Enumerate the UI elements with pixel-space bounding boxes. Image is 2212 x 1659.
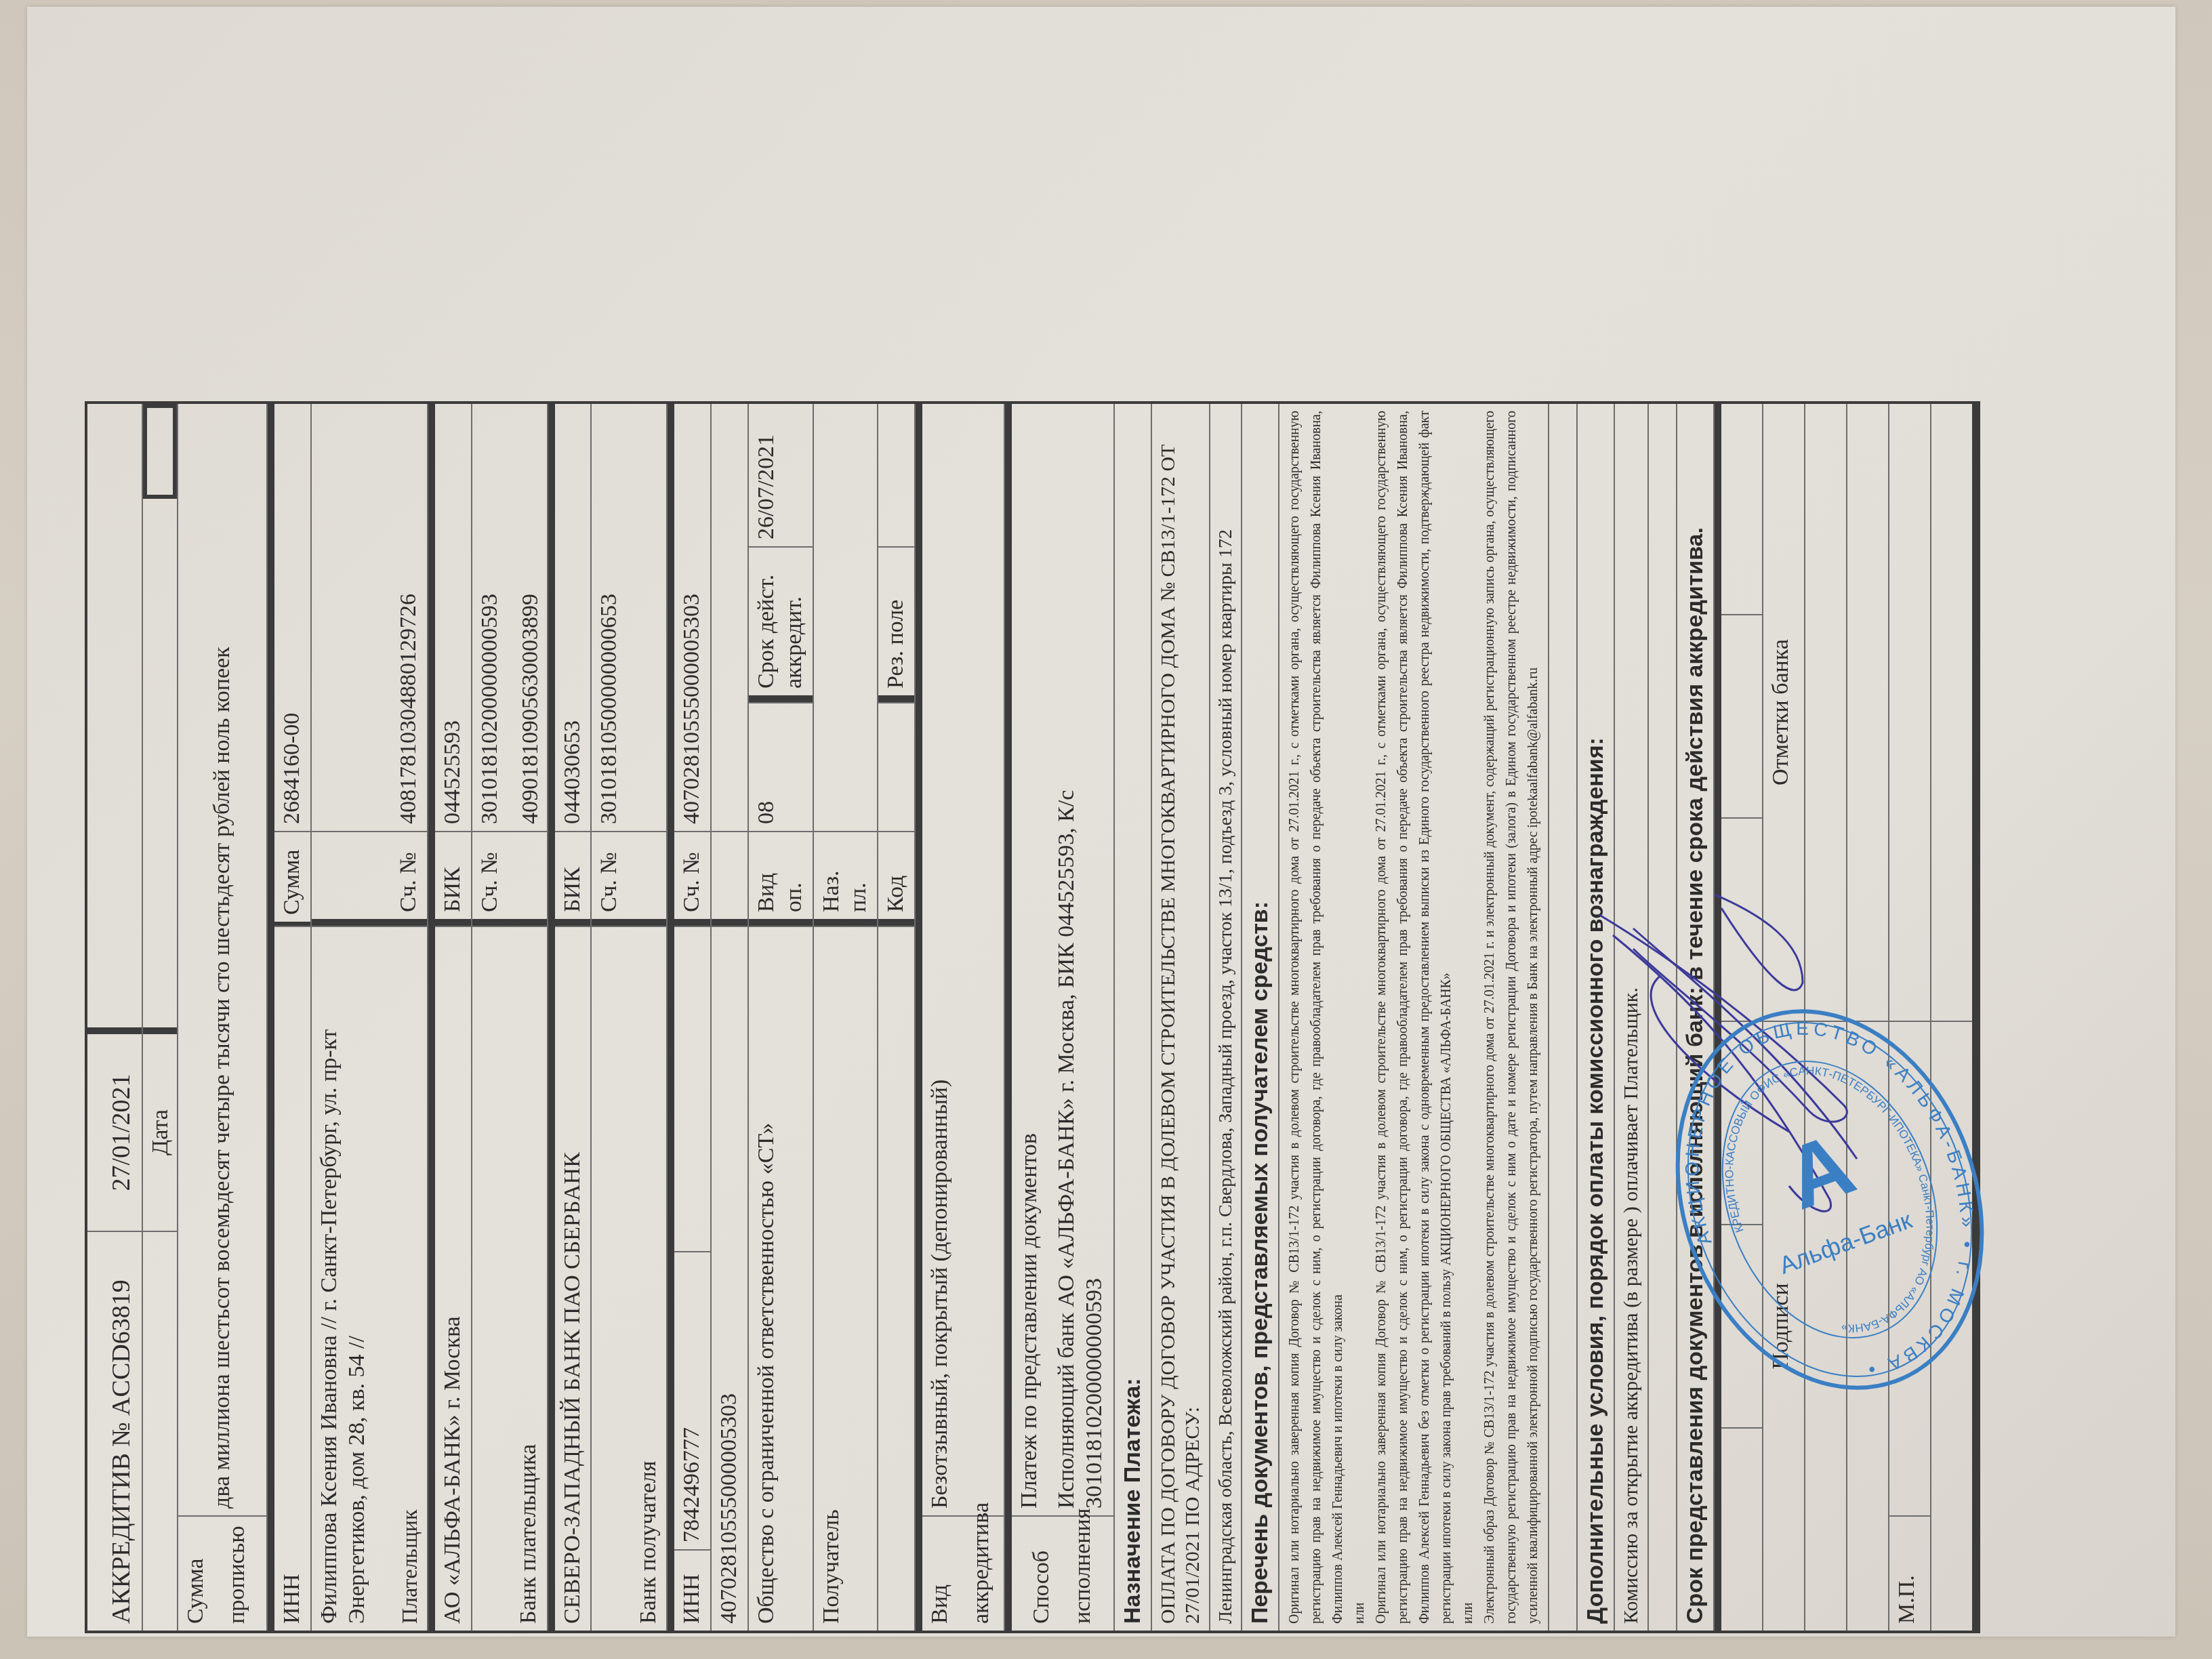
payer-account-label: Сч. № xyxy=(312,831,427,926)
op-type-label: Вид оп. xyxy=(749,831,813,926)
payee-account-label: Сч. № xyxy=(674,831,710,926)
payee-bank-name: СЕВЕРО-ЗАПАДНЫЙ БАНК ПАО СБЕРБАНК xyxy=(555,926,591,1631)
execution-method: Платеж по представлении документов xyxy=(1016,411,1044,1509)
amount-words-label: Сумма xyxy=(182,1523,210,1624)
document-title: АККРЕДИТИВ № ACCD63819 xyxy=(87,1231,142,1631)
document-item-or: или xyxy=(1457,411,1479,1624)
code-label: Код xyxy=(878,831,914,926)
document-date: 27/01/2021 xyxy=(87,1027,142,1231)
stamp-logo-icon: А xyxy=(1773,1113,1866,1228)
date-label: Дата xyxy=(143,1027,177,1231)
payer-bank-label: Банк плательщика xyxy=(472,926,547,1631)
stamp-place-label: М.П. xyxy=(1889,1515,1930,1631)
payer-bank-corr-label: Сч. № xyxy=(472,831,547,926)
payee-bank-bik-label: БИК xyxy=(555,831,591,926)
stamp-logo-text: Альфа-Банк xyxy=(1776,1206,1916,1279)
amount-label: Сумма xyxy=(274,831,310,926)
lc-type-value: Безотзывный, покрытый (депонированный) xyxy=(922,404,1004,1515)
payee-bank-corr-label: Сч. № xyxy=(592,831,666,926)
op-type-value: 08 xyxy=(749,702,813,831)
payee-bank-bik: 044030653 xyxy=(555,404,591,831)
payer-account: 40817810304880129726 xyxy=(312,404,427,831)
payee-inn-label: ИНН xyxy=(674,1549,710,1631)
reserve-field-label: Рез. поле xyxy=(878,546,914,702)
purpose-address: Ленинградская область, Всеволожский райо… xyxy=(1210,404,1242,1631)
payer-inn-label: ИНН xyxy=(274,926,310,1631)
payee-account-repeat: 40702810555000005303 xyxy=(712,926,747,1631)
header-row: АККРЕДИТИВ № ACCD63819 27/01/2021 xyxy=(87,404,143,1631)
document-item: Электронный образ Договор № СВ13/1-172 у… xyxy=(1479,411,1544,1624)
lc-type-label-2: аккредитива xyxy=(968,1523,996,1624)
payer-name: Филиппова Ксения Ивановна // г. Санкт-Пе… xyxy=(316,934,371,1624)
documents-title: Перечень документов, представляемых полу… xyxy=(1242,404,1278,1631)
purpose-line-1: ОПЛАТА ПО ДОГОВОРУ ДОГОВОР УЧАСТИЯ В ДОЛ… xyxy=(1152,404,1209,1631)
executing-bank: Исполняющий банк АО «АЛЬФА-БАНК» г. Моск… xyxy=(1053,695,1109,1509)
letter-of-credit-form: АККРЕДИТИВ № ACCD63819 27/01/2021 Дата С… xyxy=(85,407,1820,1633)
payee-bank-corr-account: 30101810500000000653 xyxy=(592,404,666,831)
payer-bank-name: АО «АЛЬФА-БАНК» г. Москва xyxy=(435,926,471,1631)
document-item: Оригинал или нотариально заверенная копи… xyxy=(1284,411,1349,1624)
payer-bank-bik-label: БИК xyxy=(435,831,471,926)
payer-label: Плательщик xyxy=(396,934,422,1624)
payee-inn: 7842496777 xyxy=(674,1251,710,1549)
lc-type-label: Вид xyxy=(926,1523,954,1624)
documents-list: Оригинал или нотариально заверенная копи… xyxy=(1279,404,1548,1631)
payer-bank-extra-account: 40901810905630003899 xyxy=(517,411,545,824)
payee-name: Общество с ограниченной ответственностью… xyxy=(749,926,813,1631)
payee-bank-label: Банк получателя xyxy=(592,926,666,1631)
document-item: Оригинал или нотариально заверенная копи… xyxy=(1370,411,1457,1624)
amount-value: 2684160-00 xyxy=(274,404,310,831)
amount-words-label-2: прописью xyxy=(224,1523,251,1624)
purpose-code-label: Наз. пл. xyxy=(814,831,878,926)
payee-account: 40702810555000005303 xyxy=(674,404,710,831)
execution-label: Способ xyxy=(1028,1523,1056,1624)
execution-label-2: исполнения xyxy=(1069,1523,1097,1624)
payee-label: Получатель xyxy=(814,926,878,1631)
validity-label: Срок дейст. аккредит. xyxy=(749,546,813,702)
amount-in-words: два миллиона шестьсот восемьдесят четыре… xyxy=(178,404,266,1515)
document-item-or: или xyxy=(1349,411,1370,1624)
purpose-title: Назначение Платежа: xyxy=(1115,404,1151,1631)
payer-bank-bik: 044525593 xyxy=(435,404,471,831)
payer-bank-corr-account: 30101810200000000593 xyxy=(476,411,504,824)
form-code-box xyxy=(143,404,177,499)
validity-value: 26/07/2021 xyxy=(749,404,813,546)
